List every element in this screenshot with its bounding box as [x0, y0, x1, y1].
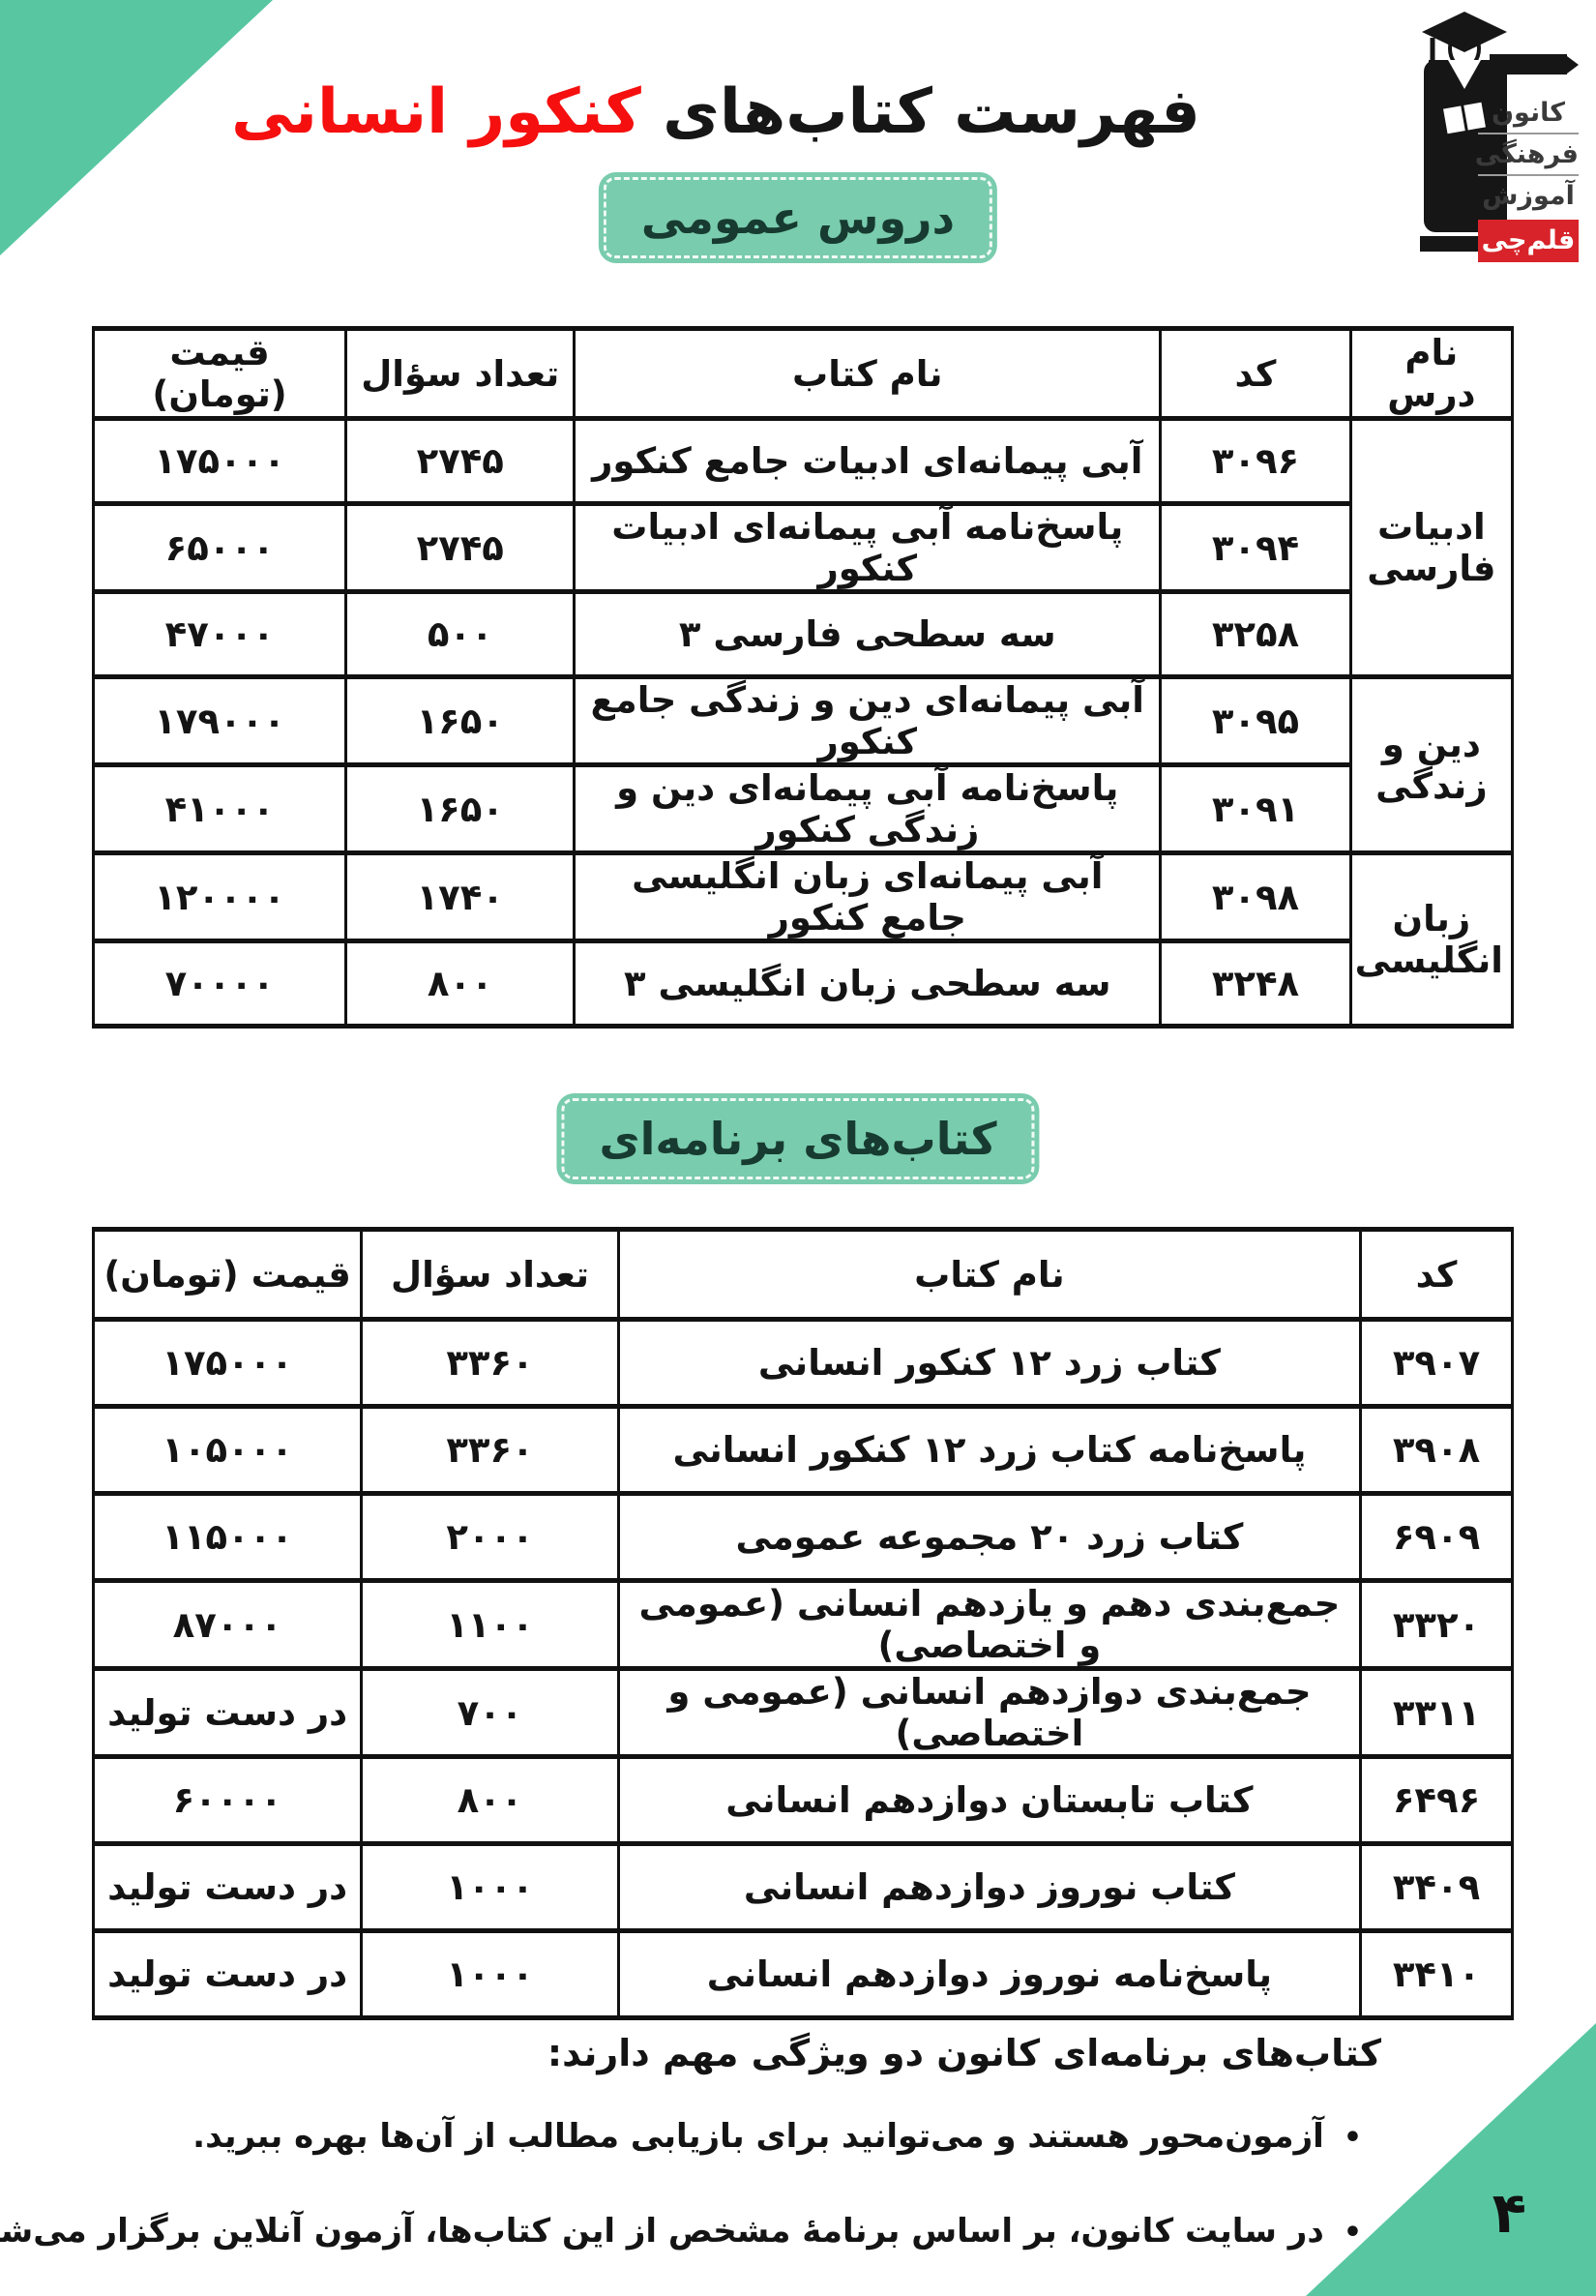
book-name-cell: کتاب زرد ۲۰ مجموعه عمومی — [618, 1494, 1360, 1581]
program-books-table: کد نام کتاب تعداد سؤال قیمت (تومان) ۳۹۰۷… — [92, 1227, 1514, 2020]
table-header-row: کد نام کتاب تعداد سؤال قیمت (تومان) — [94, 1230, 1513, 1320]
col-header-code: کد — [1361, 1230, 1513, 1320]
question-count-cell: ۷۰۰ — [362, 1669, 619, 1757]
code-cell: ۳۰۹۸ — [1161, 853, 1351, 941]
book-name-cell: سه سطحی فارسی ۳ — [575, 592, 1161, 677]
logo-brand-ghalamchi: قلم‌چی — [1478, 220, 1579, 262]
logo-line-1: کانون — [1478, 93, 1579, 134]
question-count-cell: ۸۰۰ — [362, 1757, 619, 1844]
table-row: ۳۹۰۷ کتاب زرد ۱۲ کنکور انسانی ۳۳۶۰ ۱۷۵۰۰… — [94, 1320, 1513, 1407]
price-cell: ۱۷۵۰۰۰ — [94, 419, 346, 504]
note-bullet-1: •آزمون‌محور هستند و می‌توانید برای بازیا… — [192, 2117, 1362, 2156]
price-cell: ۱۷۹۰۰۰ — [94, 677, 346, 765]
table-row: دین و زندگی ۳۰۹۵ آبی پیمانه‌ای دین و زند… — [94, 677, 1513, 765]
table-row: ۳۲۴۸ سه سطحی زبان انگلیسی ۳ ۸۰۰ ۷۰۰۰۰ — [94, 941, 1513, 1027]
question-count-cell: ۱۱۰۰ — [362, 1581, 619, 1669]
table-row: ۶۹۰۹ کتاب زرد ۲۰ مجموعه عمومی ۲۰۰۰ ۱۱۵۰۰… — [94, 1494, 1513, 1581]
table-row: ادبیات فارسی ۳۰۹۶ آبی پیمانه‌ای ادبیات ج… — [94, 419, 1513, 504]
col-header-code: کد — [1161, 329, 1351, 419]
note-bullet-2: •در سایت کانون، بر اساس برنامۀ مشخص از ا… — [0, 2212, 1362, 2251]
note-bullet-text: در سایت کانون، بر اساس برنامۀ مشخص از ای… — [0, 2212, 1324, 2251]
logo-line-3: آموزش — [1478, 176, 1579, 216]
code-cell: ۳۹۰۸ — [1361, 1407, 1513, 1494]
question-count-cell: ۸۰۰ — [346, 941, 575, 1027]
col-header-question-count: تعداد سؤال — [346, 329, 575, 419]
col-header-price: قیمت (تومان) — [94, 1230, 362, 1320]
code-cell: ۳۰۹۱ — [1161, 765, 1351, 853]
code-cell: ۳۳۲۰ — [1361, 1581, 1513, 1669]
col-header-question-count: تعداد سؤال — [362, 1230, 619, 1320]
price-cell: ۶۵۰۰۰ — [94, 504, 346, 592]
col-header-subject: نام درس — [1350, 329, 1512, 419]
book-name-cell: جمع‌بندی دهم و یازدهم انسانی (عمومی و اخ… — [618, 1581, 1360, 1669]
book-name-cell: پاسخ‌نامه نوروز دوازدهم انسانی — [618, 1931, 1360, 2018]
subject-cell: ادبیات فارسی — [1350, 419, 1512, 677]
book-name-cell: جمع‌بندی دوازدهم انسانی (عمومی و اختصاصی… — [618, 1669, 1360, 1757]
section-badge-program-books: کتاب‌های برنامه‌ای — [556, 1093, 1039, 1184]
table-row: ۳۰۹۴ پاسخ‌نامه آبی پیمانه‌ای ادبیات کنکو… — [94, 504, 1513, 592]
question-count-cell: ۲۷۴۵ — [346, 504, 575, 592]
price-cell: در دست تولید — [94, 1669, 362, 1757]
table-row: ۳۳۲۰ جمع‌بندی دهم و یازدهم انسانی (عمومی… — [94, 1581, 1513, 1669]
bullet-dot-icon: • — [1344, 2121, 1362, 2155]
price-cell: ۱۰۵۰۰۰ — [94, 1407, 362, 1494]
question-count-cell: ۱۶۵۰ — [346, 677, 575, 765]
price-cell: در دست تولید — [94, 1931, 362, 2018]
table-row: ۳۹۰۸ پاسخ‌نامه کتاب زرد ۱۲ کنکور انسانی … — [94, 1407, 1513, 1494]
price-cell: ۸۷۰۰۰ — [94, 1581, 362, 1669]
logo-line-2: فرهنگی — [1478, 134, 1579, 176]
code-cell: ۳۳۱۱ — [1361, 1669, 1513, 1757]
question-count-cell: ۵۰۰ — [346, 592, 575, 677]
col-header-price: قیمت (تومان) — [94, 329, 346, 419]
question-count-cell: ۳۳۶۰ — [362, 1320, 619, 1407]
price-cell: ۷۰۰۰۰ — [94, 941, 346, 1027]
subject-cell: زبان انگلیسی — [1350, 853, 1512, 1027]
col-header-book-name: نام کتاب — [618, 1230, 1360, 1320]
question-count-cell: ۱۰۰۰ — [362, 1844, 619, 1931]
code-cell: ۶۹۰۹ — [1361, 1494, 1513, 1581]
question-count-cell: ۱۷۴۰ — [346, 853, 575, 941]
price-cell: ۴۷۰۰۰ — [94, 592, 346, 677]
book-name-cell: آبی پیمانه‌ای زبان انگلیسی جامع کنکور — [575, 853, 1161, 941]
title-red-part: کنکور انسانی — [231, 76, 641, 148]
price-cell: ۱۲۰۰۰۰ — [94, 853, 346, 941]
table-header-row: نام درس کد نام کتاب تعداد سؤال قیمت (توم… — [94, 329, 1513, 419]
page-title: فهرست کتاب‌های کنکور انسانی — [0, 76, 1432, 148]
table-row: ۳۴۰۹ کتاب نوروز دوازدهم انسانی ۱۰۰۰ در د… — [94, 1844, 1513, 1931]
book-name-cell: آبی پیمانه‌ای دین و زندگی جامع کنکور — [575, 677, 1161, 765]
logo-text-column: کانون فرهنگی آموزش قلم‌چی — [1478, 93, 1579, 262]
price-cell: در دست تولید — [94, 1844, 362, 1931]
code-cell: ۶۴۹۶ — [1361, 1757, 1513, 1844]
book-name-cell: کتاب تابستان دوازدهم انسانی — [618, 1757, 1360, 1844]
general-courses-table: نام درس کد نام کتاب تعداد سؤال قیمت (توم… — [92, 326, 1514, 1029]
code-cell: ۳۲۴۸ — [1161, 941, 1351, 1027]
price-cell: ۱۷۵۰۰۰ — [94, 1320, 362, 1407]
book-name-cell: پاسخ‌نامه آبی پیمانه‌ای دین و زندگی کنکو… — [575, 765, 1161, 853]
notes-heading: کتاب‌های برنامه‌ای کانون دو ویژگی مهم دا… — [547, 2032, 1381, 2074]
code-cell: ۳۰۹۴ — [1161, 504, 1351, 592]
book-name-cell: کتاب نوروز دوازدهم انسانی — [618, 1844, 1360, 1931]
section-badge-general-courses: دروس عمومی — [599, 172, 997, 263]
table-row: زبان انگلیسی ۳۰۹۸ آبی پیمانه‌ای زبان انگ… — [94, 853, 1513, 941]
page-number: ۴ — [1493, 2180, 1526, 2246]
table-row: ۳۲۵۸ سه سطحی فارسی ۳ ۵۰۰ ۴۷۰۰۰ — [94, 592, 1513, 677]
question-count-cell: ۱۶۵۰ — [346, 765, 575, 853]
price-cell: ۴۱۰۰۰ — [94, 765, 346, 853]
bullet-dot-icon: • — [1344, 2216, 1362, 2250]
code-cell: ۳۴۰۹ — [1361, 1844, 1513, 1931]
code-cell: ۳۴۱۰ — [1361, 1931, 1513, 2018]
book-name-cell: آبی پیمانه‌ای ادبیات جامع کنکور — [575, 419, 1161, 504]
question-count-cell: ۱۰۰۰ — [362, 1931, 619, 2018]
note-bullet-text: آزمون‌محور هستند و می‌توانید برای بازیاب… — [192, 2117, 1324, 2156]
table-row: ۳۴۱۰ پاسخ‌نامه نوروز دوازدهم انسانی ۱۰۰۰… — [94, 1931, 1513, 2018]
price-cell: ۱۱۵۰۰۰ — [94, 1494, 362, 1581]
table-row: ۶۴۹۶ کتاب تابستان دوازدهم انسانی ۸۰۰ ۶۰۰… — [94, 1757, 1513, 1844]
table-row: ۳۳۱۱ جمع‌بندی دوازدهم انسانی (عمومی و اخ… — [94, 1669, 1513, 1757]
book-name-cell: کتاب زرد ۱۲ کنکور انسانی — [618, 1320, 1360, 1407]
code-cell: ۳۹۰۷ — [1361, 1320, 1513, 1407]
code-cell: ۳۰۹۶ — [1161, 419, 1351, 504]
question-count-cell: ۲۰۰۰ — [362, 1494, 619, 1581]
code-cell: ۳۲۵۸ — [1161, 592, 1351, 677]
subject-cell: دین و زندگی — [1350, 677, 1512, 853]
price-cell: ۶۰۰۰۰ — [94, 1757, 362, 1844]
book-name-cell: پاسخ‌نامه کتاب زرد ۱۲ کنکور انسانی — [618, 1407, 1360, 1494]
book-name-cell: پاسخ‌نامه آبی پیمانه‌ای ادبیات کنکور — [575, 504, 1161, 592]
question-count-cell: ۲۷۴۵ — [346, 419, 575, 504]
title-black-part: فهرست کتاب‌های — [663, 76, 1200, 148]
book-name-cell: سه سطحی زبان انگلیسی ۳ — [575, 941, 1161, 1027]
col-header-book-name: نام کتاب — [575, 329, 1161, 419]
table-row: ۳۰۹۱ پاسخ‌نامه آبی پیمانه‌ای دین و زندگی… — [94, 765, 1513, 853]
code-cell: ۳۰۹۵ — [1161, 677, 1351, 765]
question-count-cell: ۳۳۶۰ — [362, 1407, 619, 1494]
